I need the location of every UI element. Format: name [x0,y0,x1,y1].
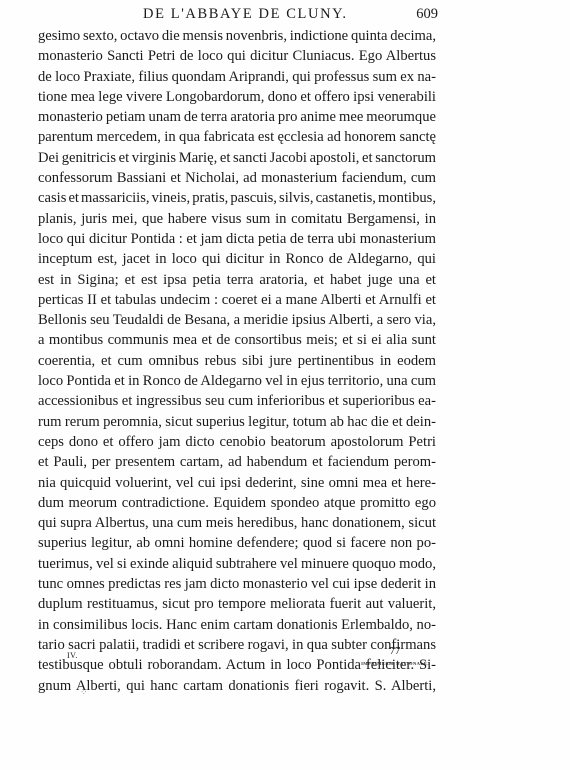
text-line: planis, juris mei, que habere visus sum … [38,209,436,229]
running-head: DE L'ABBAYE DE CLUNY. 609 [38,4,438,24]
text-line: tione mea lege vivere Longobardorum, don… [38,87,436,107]
text-line: tunc omnes predictas res jam dicto monas… [38,574,436,594]
page-number: 609 [416,6,438,23]
text-line: a montibus communis mea et de consortibu… [38,330,436,350]
text-line: Dei genitricis et virginis Marię, et san… [38,148,436,168]
text-line: parentum mercedem, in qua fabricata est … [38,127,436,147]
text-line: monasterio Sancti Petri de loco qui dici… [38,46,436,66]
text-line: superius legitur, ab omni homine defende… [38,533,436,553]
running-title: DE L'ABBAYE DE CLUNY. [143,6,348,23]
text-line: gesimo sexto, octavo die mensis novenbri… [38,26,436,46]
text-line: coerentia, et cum omnibus rebus sibi jur… [38,351,436,371]
text-line: Bellonis seu Teudaldi de Besana, a merid… [38,310,436,330]
printer-imprint: IMPRIMERIE NATIONALE. [345,661,445,666]
document-page: DE L'ABBAYE DE CLUNY. 609 gesimo sexto, … [0,0,570,770]
text-line: casis et massariciis, vineis, pratis, pa… [38,188,436,208]
scan-speck-icon: ⁘ [80,689,89,696]
text-line: de loco Praxiate, filius quondam Aripran… [38,67,436,87]
text-line: perticas II et tabulas undecim : coeret … [38,290,436,310]
text-line: et Pauli, per presentem cartam, ad haben… [38,452,436,472]
text-line: rum rerum peromnia, sicut superius legit… [38,412,436,432]
text-line: tuerimus, vel si exinde aliquid subtrahe… [38,554,436,574]
text-line: est in Sigina; et est ipsa petia terra a… [38,270,436,290]
text-line: confessorum Bassiani et Nicholai, ad mon… [38,168,436,188]
text-line: accessionibus et ingressibus seu cum inf… [38,391,436,411]
text-line: duplum restituamus, sicut pro tempore me… [38,594,436,614]
text-line: in consimilibus locis. Hanc enim cartam … [38,615,436,635]
text-line: ceps dono et offero jam dicto cenobio be… [38,432,436,452]
signature-mark: IV. [67,651,78,660]
text-line: inceptum est, jacet in loco qui dicitur … [38,249,436,269]
text-line: loco Pontida et in Ronco de Aldegarno ve… [38,371,436,391]
text-line: nia quicquid voluerint, vel cui ipsi ded… [38,473,436,493]
body-text: gesimo sexto, octavo die mensis novenbri… [38,26,436,696]
text-line: monasterio petiam unam de terra aratoria… [38,107,436,127]
sheet-number: 77 [370,646,420,657]
text-line: dum meorum contradictione. Equidem spond… [38,493,436,513]
text-line: loco qui dicitur Pontida : et jam dicta … [38,229,436,249]
text-line: gnum Alberti, qui hanc cartam donationis… [38,676,436,696]
text-line: qui supra Albertus, una cum meis heredib… [38,513,436,533]
